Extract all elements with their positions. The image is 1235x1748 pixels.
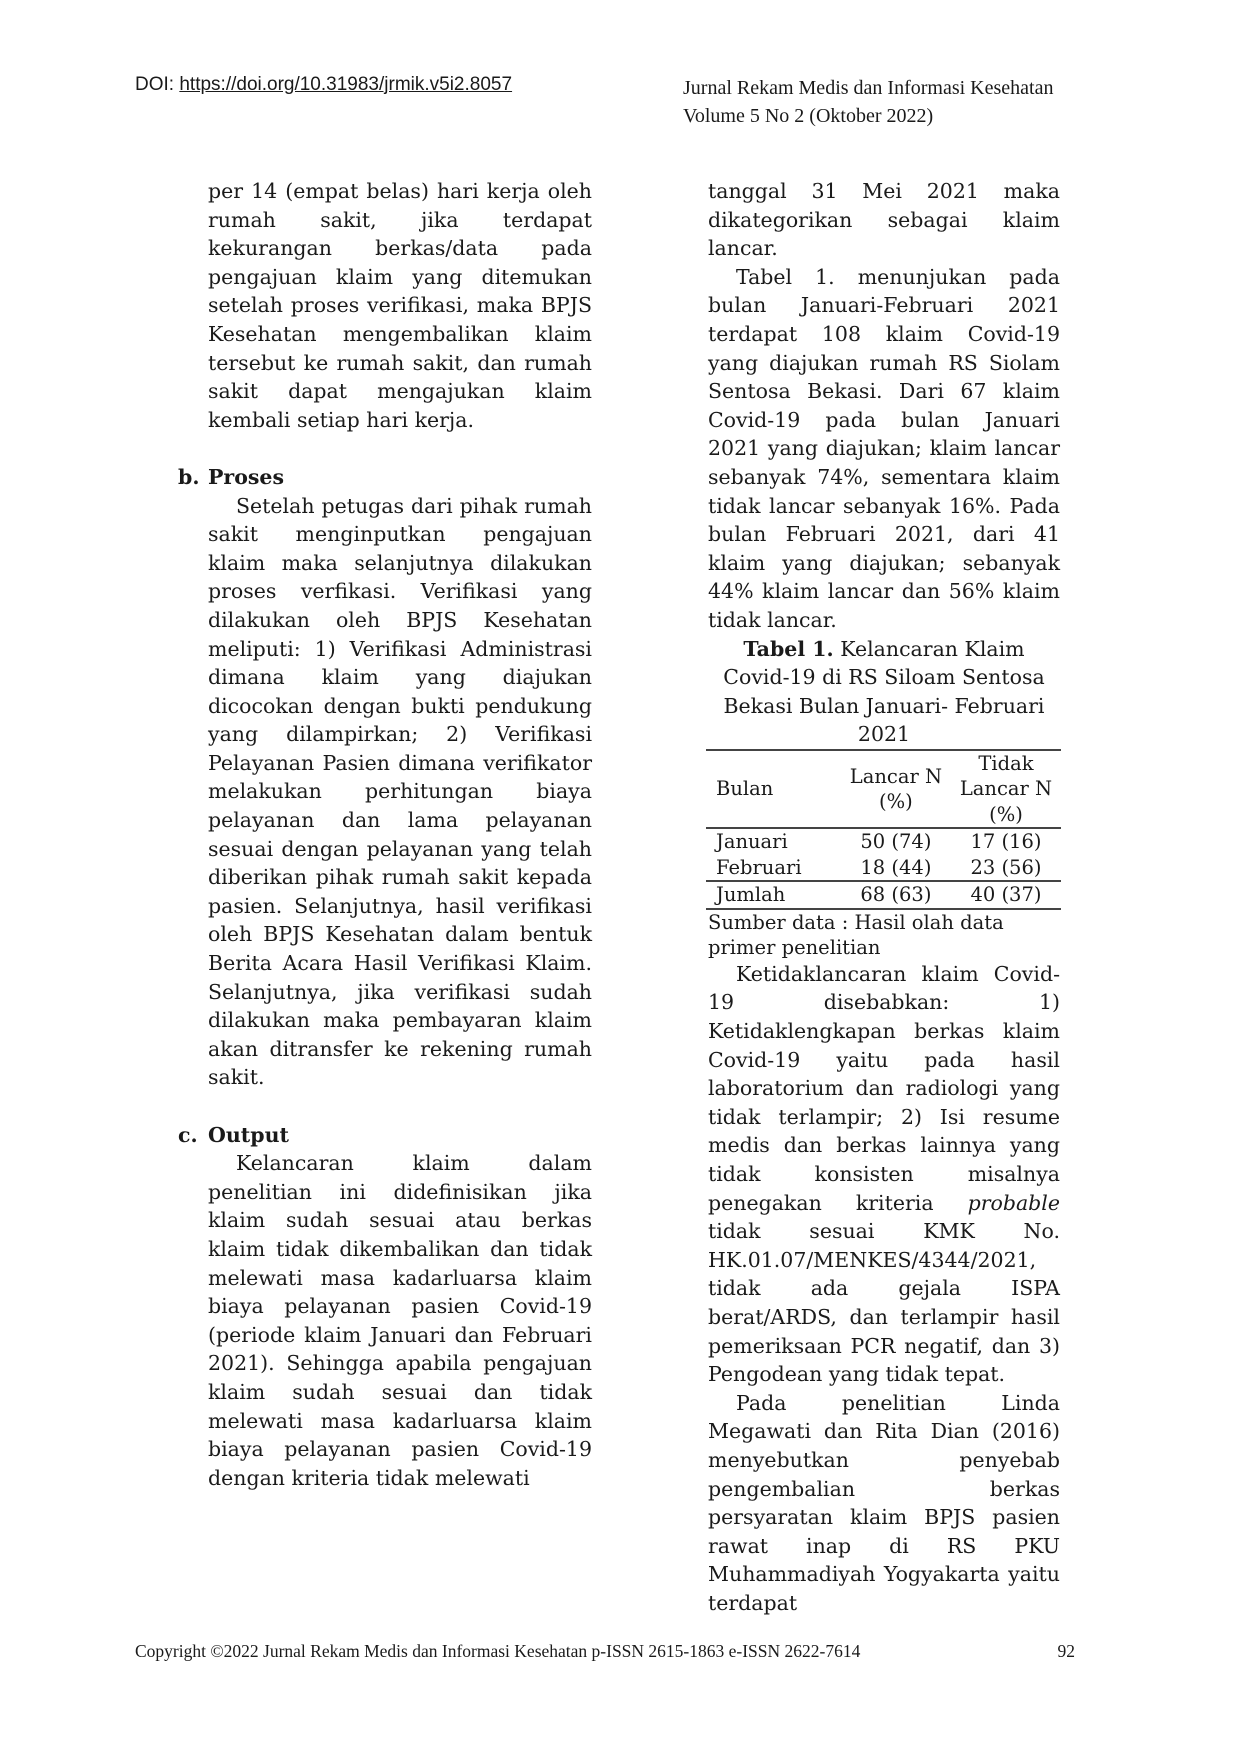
causes-italic-term: probable — [968, 1191, 1060, 1215]
doi-link[interactable]: https://doi.org/10.31983/jrmik.v5i2.8057 — [179, 74, 512, 95]
cell-lancar: 50 (74) — [841, 828, 951, 855]
page-number: 92 — [1058, 1641, 1076, 1661]
causes-text-1: Ketidaklancaran klaim Covid-19 disebabka… — [708, 962, 1060, 1215]
left-column: per 14 (empat belas) hari kerja oleh rum… — [208, 177, 592, 1492]
cell-bulan: Januari — [706, 828, 841, 855]
cell-tidak-lancar: 17 (16) — [951, 828, 1061, 855]
copyright-text: Copyright ©2022 Jurnal Rekam Medis dan I… — [135, 1641, 860, 1661]
table-row: Februari 18 (44) 23 (56) — [706, 855, 1061, 882]
section-c-paragraph: Kelancaran klaim dalam penelitian ini di… — [208, 1149, 592, 1492]
table-header-row: Bulan Lancar N (%) Tidak Lancar N (%) — [706, 750, 1061, 829]
section-c-heading: c. Output — [208, 1121, 592, 1150]
section-c-title: Output — [208, 1123, 289, 1147]
section-b-heading: b. Proses — [208, 463, 592, 492]
related-research-paragraph: Pada penelitian Linda Megawati dan Rita … — [708, 1389, 1060, 1618]
cell-total-tidak-lancar: 40 (37) — [951, 881, 1061, 909]
right-column: tanggal 31 Mei 2021 maka dikategorikan s… — [708, 177, 1060, 1618]
cell-bulan: Februari — [706, 855, 841, 882]
claims-table: Bulan Lancar N (%) Tidak Lancar N (%) Ja… — [706, 749, 1061, 910]
table-caption-label: Tabel 1. — [743, 637, 833, 661]
header-lancar: Lancar N (%) — [841, 750, 951, 829]
journal-name: Jurnal Rekam Medis dan Informasi Kesehat… — [683, 74, 1053, 102]
page-footer: Copyright ©2022 Jurnal Rekam Medis dan I… — [135, 1641, 1075, 1661]
section-b-title: Proses — [208, 465, 284, 489]
table-total-row: Jumlah 68 (63) 40 (37) — [706, 881, 1061, 909]
table-source: Sumber data : Hasil olah data primer pen… — [708, 910, 1060, 960]
doi-prefix: DOI: — [135, 74, 179, 95]
causes-paragraph: Ketidaklancaran klaim Covid-19 disebabka… — [708, 960, 1060, 1389]
doi-line: DOI: https://doi.org/10.31983/jrmik.v5i2… — [135, 74, 512, 96]
cell-tidak-lancar: 23 (56) — [951, 855, 1061, 882]
section-c-letter: c. — [178, 1121, 198, 1150]
journal-header: Jurnal Rekam Medis dan Informasi Kesehat… — [683, 74, 1053, 130]
header-bulan: Bulan — [706, 750, 841, 829]
cell-lancar: 18 (44) — [841, 855, 951, 882]
table-summary-paragraph: Tabel 1. menunjukan pada bulan Januari-F… — [708, 263, 1060, 635]
causes-text-2: tidak sesuai KMK No. HK.01.07/MENKES/434… — [708, 1219, 1060, 1386]
continuation-paragraph: tanggal 31 Mei 2021 maka dikategorikan s… — [708, 177, 1060, 263]
cell-total-lancar: 68 (63) — [841, 881, 951, 909]
cell-total-label: Jumlah — [706, 881, 841, 909]
header-tidak-lancar: Tidak Lancar N (%) — [951, 750, 1061, 829]
journal-volume: Volume 5 No 2 (Oktober 2022) — [683, 102, 1053, 130]
table-caption: Tabel 1. Kelancaran Klaim Covid-19 di RS… — [708, 635, 1060, 749]
section-b-letter: b. — [178, 463, 199, 492]
table-row: Januari 50 (74) 17 (16) — [706, 828, 1061, 855]
intro-paragraph: per 14 (empat belas) hari kerja oleh rum… — [208, 177, 592, 434]
section-b-paragraph: Setelah petugas dari pihak rumah sakit m… — [208, 492, 592, 1092]
